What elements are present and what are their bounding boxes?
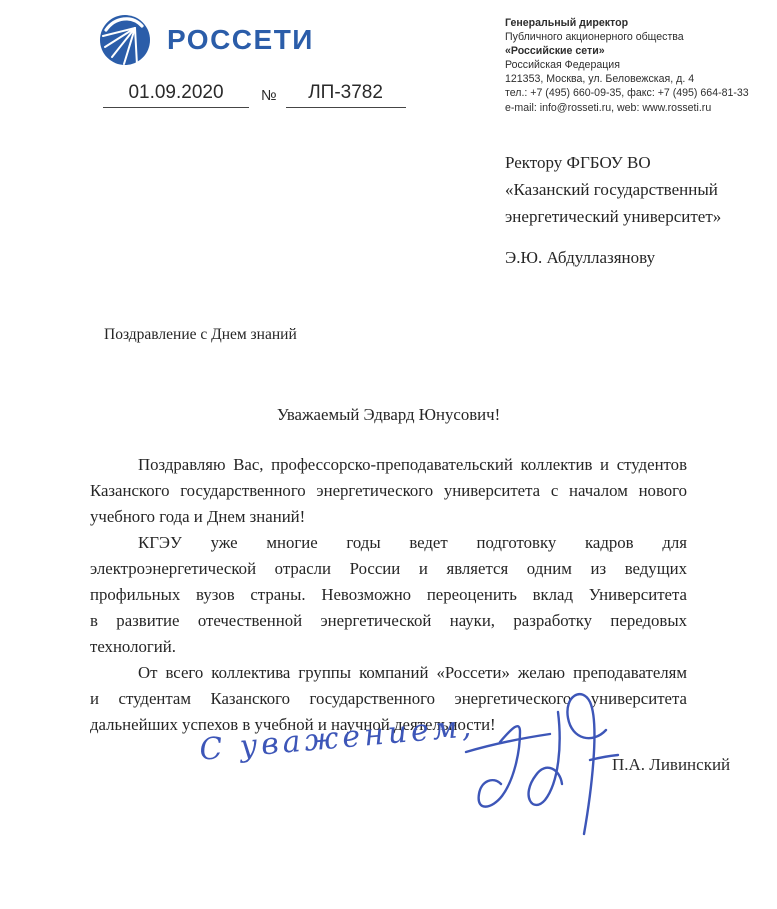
sender-line-org: Публичного акционерного общества <box>505 30 773 44</box>
body-line: технологий. <box>90 634 687 660</box>
salutation: Уважаемый Эдвард Юнусович! <box>90 402 687 428</box>
rosseti-globe-icon <box>98 13 152 67</box>
rosseti-logo: РОССЕТИ <box>98 13 314 67</box>
sender-line-address: 121353, Москва, ул. Беловежская, д. 4 <box>505 72 773 86</box>
body-line: электроэнергетической отрасли России и я… <box>90 556 687 582</box>
body-line: учебного года и Днем знаний! <box>90 504 687 530</box>
letter-page: РОССЕТИ Генеральный директор Публичного … <box>0 0 777 909</box>
recipient-line: Ректору ФГБОУ ВО <box>505 149 721 176</box>
sender-block: Генеральный директор Публичного акционер… <box>505 16 773 115</box>
body-line: в развитие отечественной энергетической … <box>90 608 687 634</box>
body-line: КГЭУ уже многие годы ведет подготовку ка… <box>90 530 687 556</box>
sender-line-title: Генеральный директор <box>505 16 773 30</box>
brand-name: РОССЕТИ <box>167 24 314 56</box>
sender-line-phone: тел.: +7 (495) 660-09-35, факс: +7 (495)… <box>505 86 773 100</box>
body-line: профильных вузов страны. Невозможно пере… <box>90 582 687 608</box>
reference-line: 01.09.2020 № ЛП-3782 <box>103 82 406 108</box>
subject-line: Поздравление с Днем знаний <box>104 326 297 344</box>
signer-name: П.А. Ливинский <box>612 755 730 775</box>
recipient-line: «Казанский государственный <box>505 176 721 203</box>
letter-number: ЛП-3782 <box>286 82 406 108</box>
number-sign: № <box>261 88 277 104</box>
body-line: Казанского государственного энергетическ… <box>90 478 687 504</box>
paragraph-2: КГЭУ уже многие годы ведет подготовку ка… <box>90 530 687 660</box>
paragraph-1: Поздравляю Вас, профессорско-преподавате… <box>90 452 687 530</box>
body-line: Поздравляю Вас, профессорско-преподавате… <box>90 452 687 478</box>
sender-line-country: Российская Федерация <box>505 58 773 72</box>
recipient-block: Ректору ФГБОУ ВО «Казанский государствен… <box>505 149 721 271</box>
body-line: От всего коллектива группы компаний «Рос… <box>90 660 687 686</box>
recipient-name: Э.Ю. Абдуллазянову <box>505 244 721 271</box>
sender-line-email: e-mail: info@rosseti.ru, web: www.rosset… <box>505 101 773 115</box>
letter-date: 01.09.2020 <box>103 82 249 108</box>
recipient-line: энергетический университет» <box>505 203 721 230</box>
handwritten-signature-icon <box>438 686 638 841</box>
sender-line-company: «Российские сети» <box>505 44 773 58</box>
